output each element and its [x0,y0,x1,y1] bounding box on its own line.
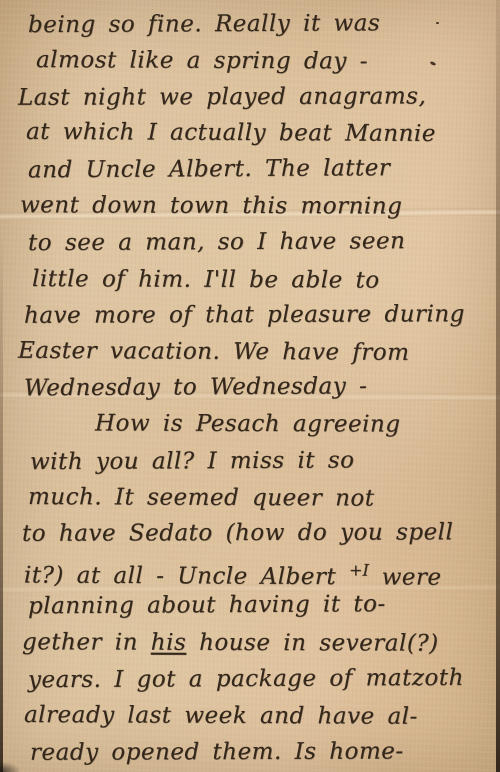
letter-line: with you all? I miss it so [0,441,500,480]
letter-line: much. It seemed queer not [0,479,500,518]
letter-line: gether in his house in several(?) [0,624,500,662]
letter-line: being so fine. Really it was [0,5,500,44]
letter-line: have more of that pleasure during [0,296,500,334]
letter-line: it?) at all - Uncle Albert +I were [0,551,500,590]
letter-line: Last night we played anagrams, [0,78,500,116]
letter-line: almost like a spring day - [0,42,500,81]
letter-page: being so fine. Really it wasalmost like … [0,0,500,772]
letter-line: Easter vacation. We have from [0,332,500,371]
letter-body: being so fine. Really it wasalmost like … [0,6,500,770]
letter-line: at which I actually beat Mannie [0,114,500,153]
letter-line: went down town this morning [0,187,500,225]
letter-line: to have Sedato (how do you spell [0,515,500,553]
letter-line: years. I got a package of matzoth [0,660,500,699]
letter-line: ready opened them. Is home- [0,733,500,771]
letter-line: to see a man, so I have seen [0,223,500,262]
letter-line: planning about having it to- [0,586,500,625]
letter-line: Wednesday to Wednesday - [0,367,500,406]
letter-line: and Uncle Albert. The latter [0,149,500,188]
letter-line: little of him. I'll be able to [0,261,500,300]
letter-line: How is Pesach agreeing [0,405,500,443]
letter-line: already last week and have al- [0,697,500,736]
